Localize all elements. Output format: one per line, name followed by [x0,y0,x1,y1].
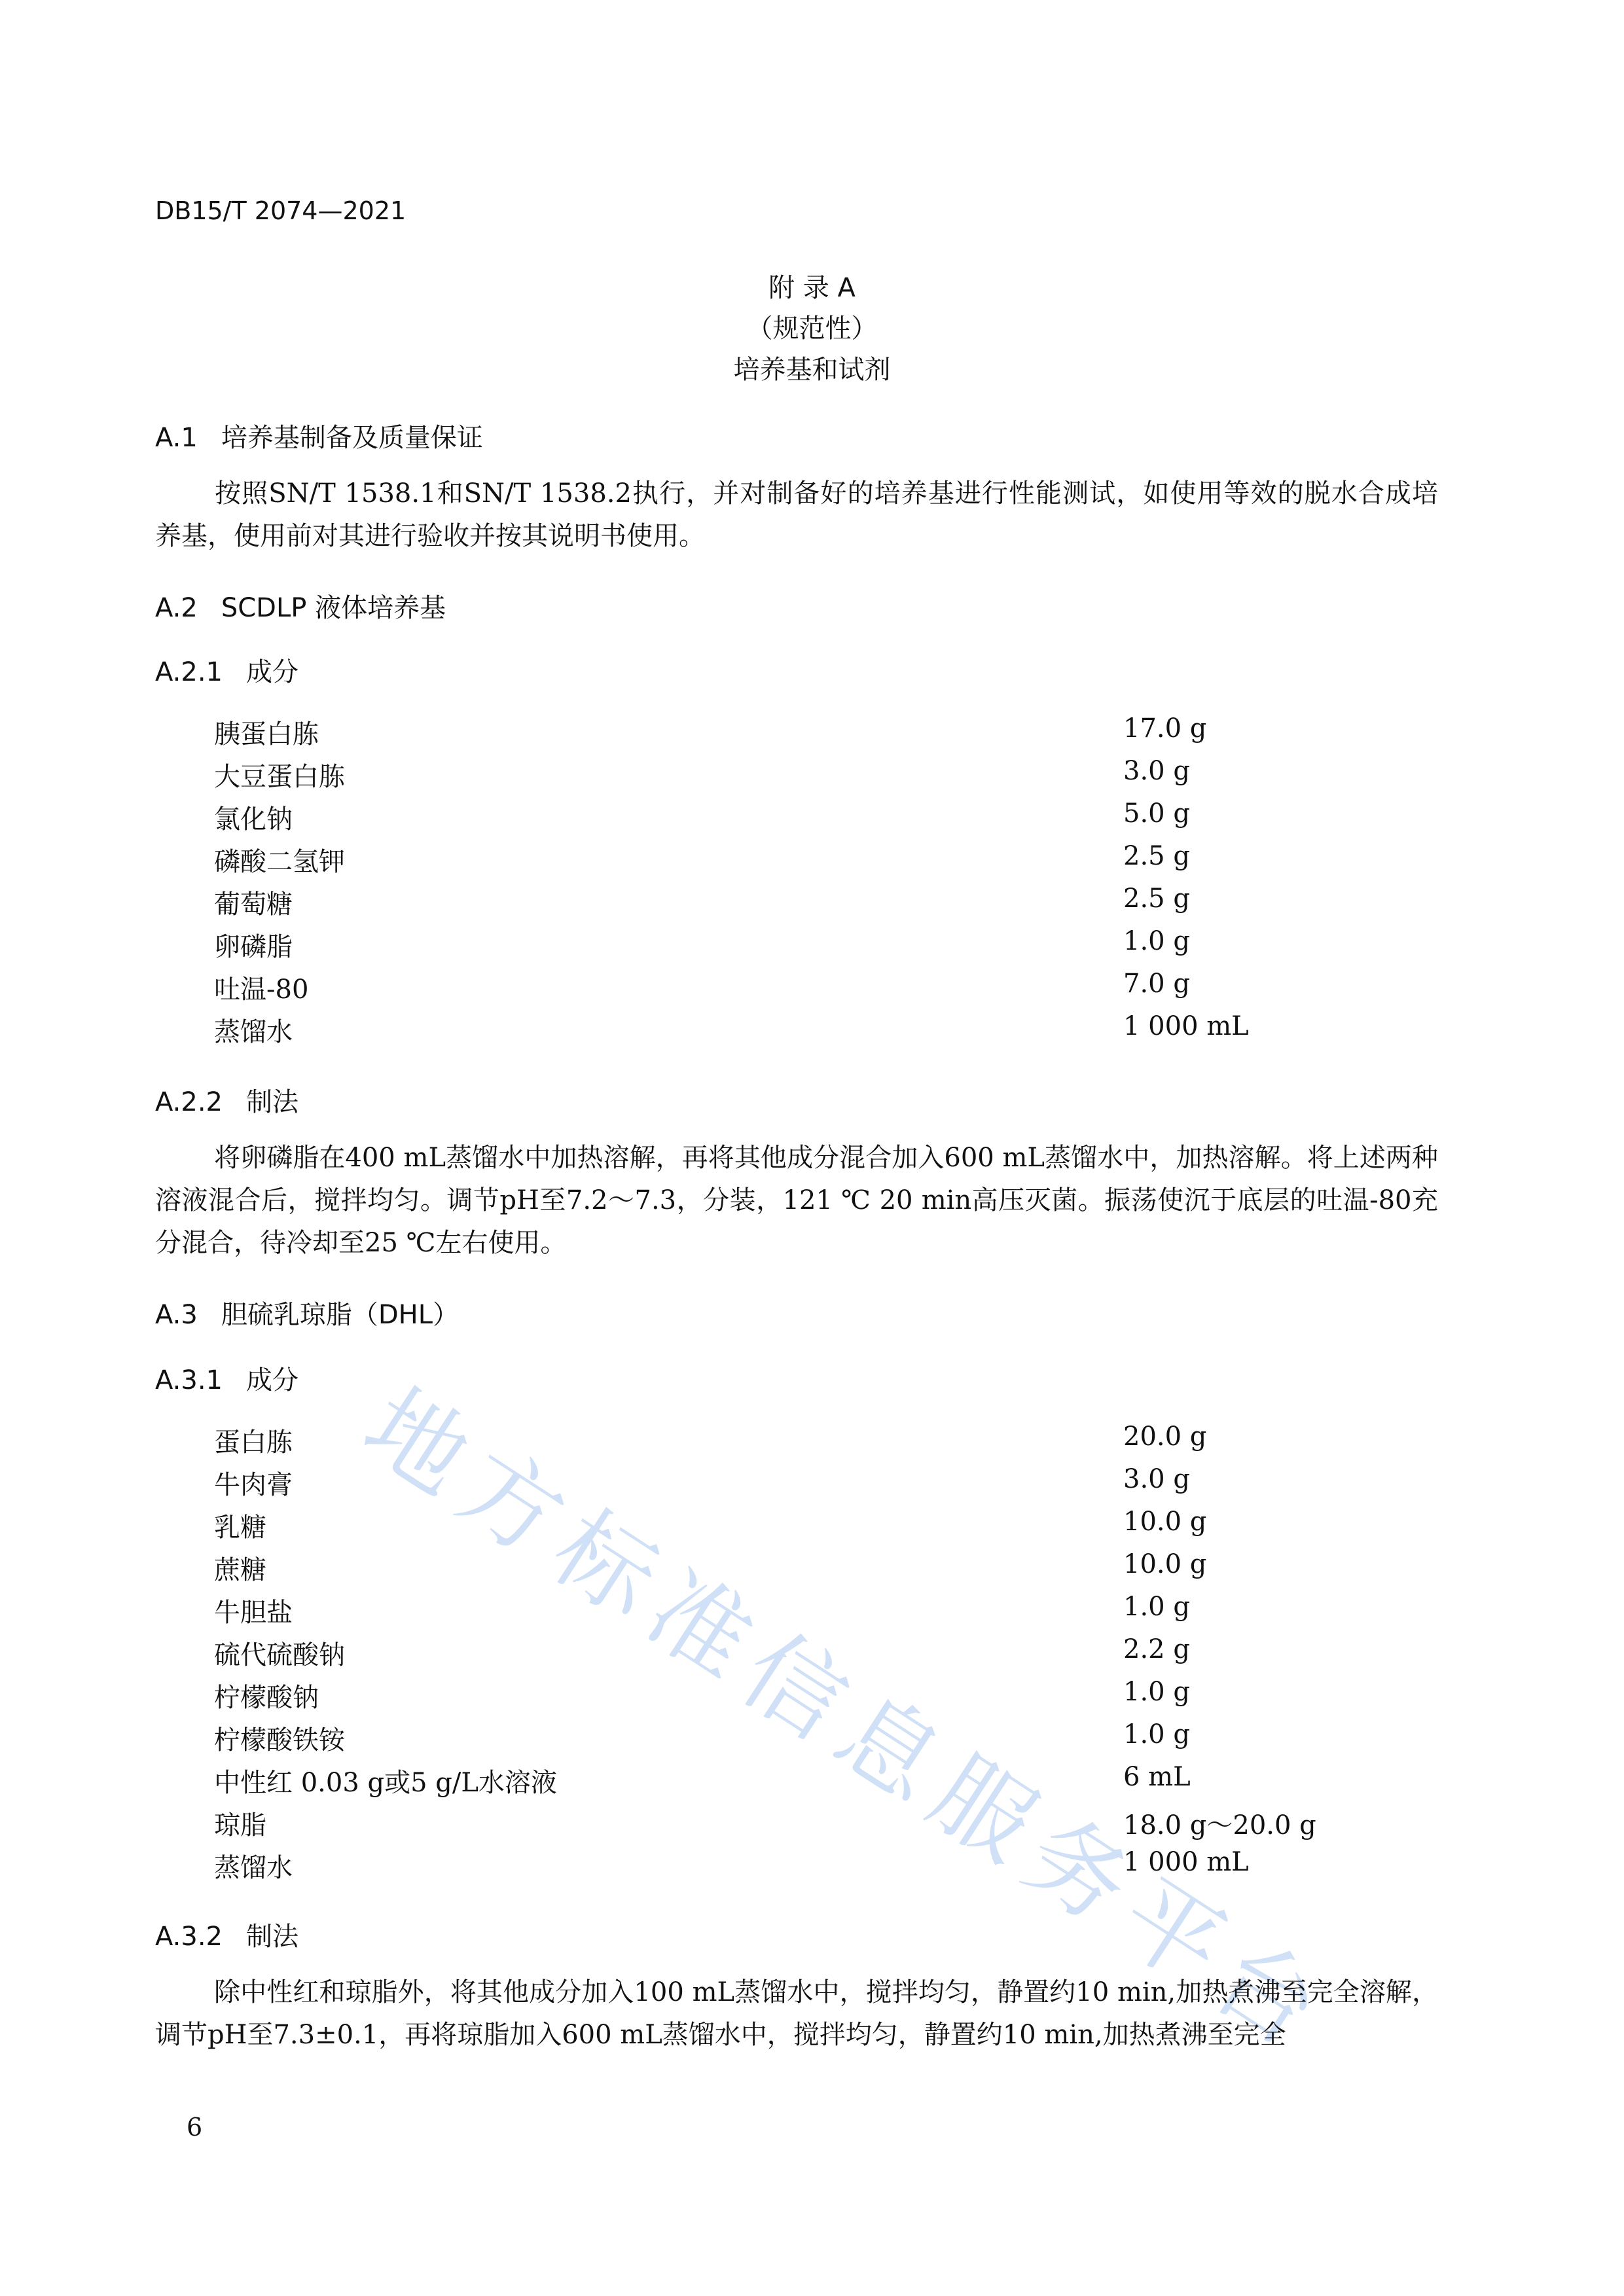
paragraph-text: 将卵磷脂在400 mL蒸馏水中加热溶解，再将其他成分混合加入600 mL蒸馏水中… [155,1143,1438,1258]
ingredient-row: 吐温-807.0 g [0,969,1624,1011]
ingredient-qty: 1 000 mL [1123,1011,1249,1041]
ingredient-qty: 2.5 g [1123,884,1190,914]
paragraph-a1: 按照SN/T 1538.1和SN/T 1538.2执行，并对制备好的培养基进行性… [155,473,1438,558]
ingredient-row: 胰蛋白胨17.0 g [0,713,1624,756]
ingredient-name: 乳糖 [214,1507,266,1544]
section-heading-a31: A.3.1成分 [155,1359,298,1397]
ingredient-name: 牛肉膏 [214,1464,293,1501]
ingredient-qty: 5.0 g [1123,798,1190,829]
ingredient-row: 牛胆盐1.0 g [0,1592,1624,1634]
ingredient-name: 柠檬酸钠 [214,1677,319,1714]
section-title: 培养基制备及质量保证 [221,423,483,453]
section-heading-a2: A.2SCDLP 液体培养基 [155,587,446,624]
ingredient-name: 琼脂 [214,1804,266,1842]
ingredient-qty: 1.0 g [1123,1592,1190,1622]
paragraph-a32: 除中性红和琼脂外，将其他成分加入100 mL蒸馏水中，搅拌均匀，静置约10 mi… [155,1971,1438,2056]
ingredient-qty: 18.0 g～20.0 g [1123,1804,1316,1842]
paragraph-text: 除中性红和琼脂外，将其他成分加入100 mL蒸馏水中，搅拌均匀，静置约10 mi… [155,1977,1438,2050]
ingredient-row: 中性红 0.03 g或5 g/L水溶液6 mL [0,1762,1624,1804]
document-code: DB15/T 2074—2021 [155,196,406,225]
section-heading-a1: A.1培养基制备及质量保证 [155,417,483,454]
ingredient-name: 硫代硫酸钠 [214,1634,345,1672]
section-heading-a32: A.3.2制法 [155,1916,298,1953]
section-title: SCDLP 液体培养基 [221,593,446,623]
appendix-nature: （规范性） [0,308,1624,345]
ingredient-row: 卵磷脂1.0 g [0,926,1624,969]
ingredient-row: 蒸馏水1 000 mL [0,1847,1624,1890]
section-number: A.2.1 [155,657,223,687]
section-heading-a3: A.3胆硫乳琼脂（DHL） [155,1294,459,1331]
ingredient-qty: 10.0 g [1123,1549,1206,1579]
ingredient-row: 氯化钠5.0 g [0,798,1624,841]
appendix-title: 培养基和试剂 [0,349,1624,386]
ingredient-name: 磷酸二氢钾 [214,841,345,878]
section-number: A.3.1 [155,1365,223,1395]
page-number: 6 [187,2113,202,2142]
ingredient-qty: 17.0 g [1123,713,1206,744]
ingredient-name: 蒸馏水 [214,1011,293,1049]
ingredient-name: 牛胆盐 [214,1592,293,1629]
section-heading-a22: A.2.2制法 [155,1081,298,1119]
ingredient-row: 大豆蛋白胨3.0 g [0,756,1624,798]
ingredient-row: 乳糖10.0 g [0,1507,1624,1549]
ingredient-row: 葡萄糖2.5 g [0,884,1624,926]
ingredient-qty: 2.2 g [1123,1634,1190,1664]
paragraph-a22: 将卵磷脂在400 mL蒸馏水中加热溶解，再将其他成分混合加入600 mL蒸馏水中… [155,1137,1438,1265]
ingredient-qty: 6 mL [1123,1762,1191,1792]
ingredient-row: 柠檬酸铁铵1.0 g [0,1719,1624,1762]
ingredient-qty: 10.0 g [1123,1507,1206,1537]
section-number: A.3 [155,1300,198,1330]
ingredient-row: 磷酸二氢钾2.5 g [0,841,1624,884]
section-title: 制法 [246,1087,298,1117]
ingredient-row: 蒸馏水1 000 mL [0,1011,1624,1054]
ingredient-qty: 1.0 g [1123,1719,1190,1749]
ingredient-name: 卵磷脂 [214,926,293,963]
ingredient-qty: 3.0 g [1123,1464,1190,1494]
section-title: 成分 [246,657,298,687]
ingredient-qty: 1 000 mL [1123,1847,1249,1877]
ingredient-name: 柠檬酸铁铵 [214,1719,345,1757]
ingredient-row: 牛肉膏3.0 g [0,1464,1624,1507]
appendix-label: 附 录 A [0,267,1624,304]
section-number: A.2 [155,593,198,623]
ingredient-name: 蔗糖 [214,1549,266,1587]
ingredient-row: 蛋白胨20.0 g [0,1422,1624,1464]
ingredient-name: 吐温-80 [214,969,308,1006]
ingredient-row: 蔗糖10.0 g [0,1549,1624,1592]
ingredient-name: 氯化钠 [214,798,293,836]
section-number: A.3.2 [155,1922,223,1952]
ingredient-qty: 3.0 g [1123,756,1190,786]
ingredient-name: 葡萄糖 [214,884,293,921]
ingredient-name: 蛋白胨 [214,1422,293,1459]
ingredient-row: 琼脂18.0 g～20.0 g [0,1804,1624,1847]
section-title: 胆硫乳琼脂（DHL） [221,1300,459,1330]
section-number: A.1 [155,423,198,453]
ingredient-row: 柠檬酸钠1.0 g [0,1677,1624,1719]
section-title: 成分 [246,1365,298,1395]
ingredient-qty: 1.0 g [1123,1677,1190,1707]
ingredient-name: 蒸馏水 [214,1847,293,1884]
section-heading-a21: A.2.1成分 [155,651,298,689]
paragraph-text: 按照SN/T 1538.1和SN/T 1538.2执行，并对制备好的培养基进行性… [155,478,1438,551]
ingredient-name: 大豆蛋白胨 [214,756,345,793]
section-number: A.2.2 [155,1087,223,1117]
ingredient-qty: 1.0 g [1123,926,1190,956]
ingredient-row: 硫代硫酸钠2.2 g [0,1634,1624,1677]
ingredient-qty: 20.0 g [1123,1422,1206,1452]
section-title: 制法 [246,1922,298,1952]
ingredient-name: 胰蛋白胨 [214,713,319,751]
ingredient-name: 中性红 0.03 g或5 g/L水溶液 [214,1762,557,1799]
ingredient-qty: 2.5 g [1123,841,1190,871]
ingredient-qty: 7.0 g [1123,969,1190,999]
